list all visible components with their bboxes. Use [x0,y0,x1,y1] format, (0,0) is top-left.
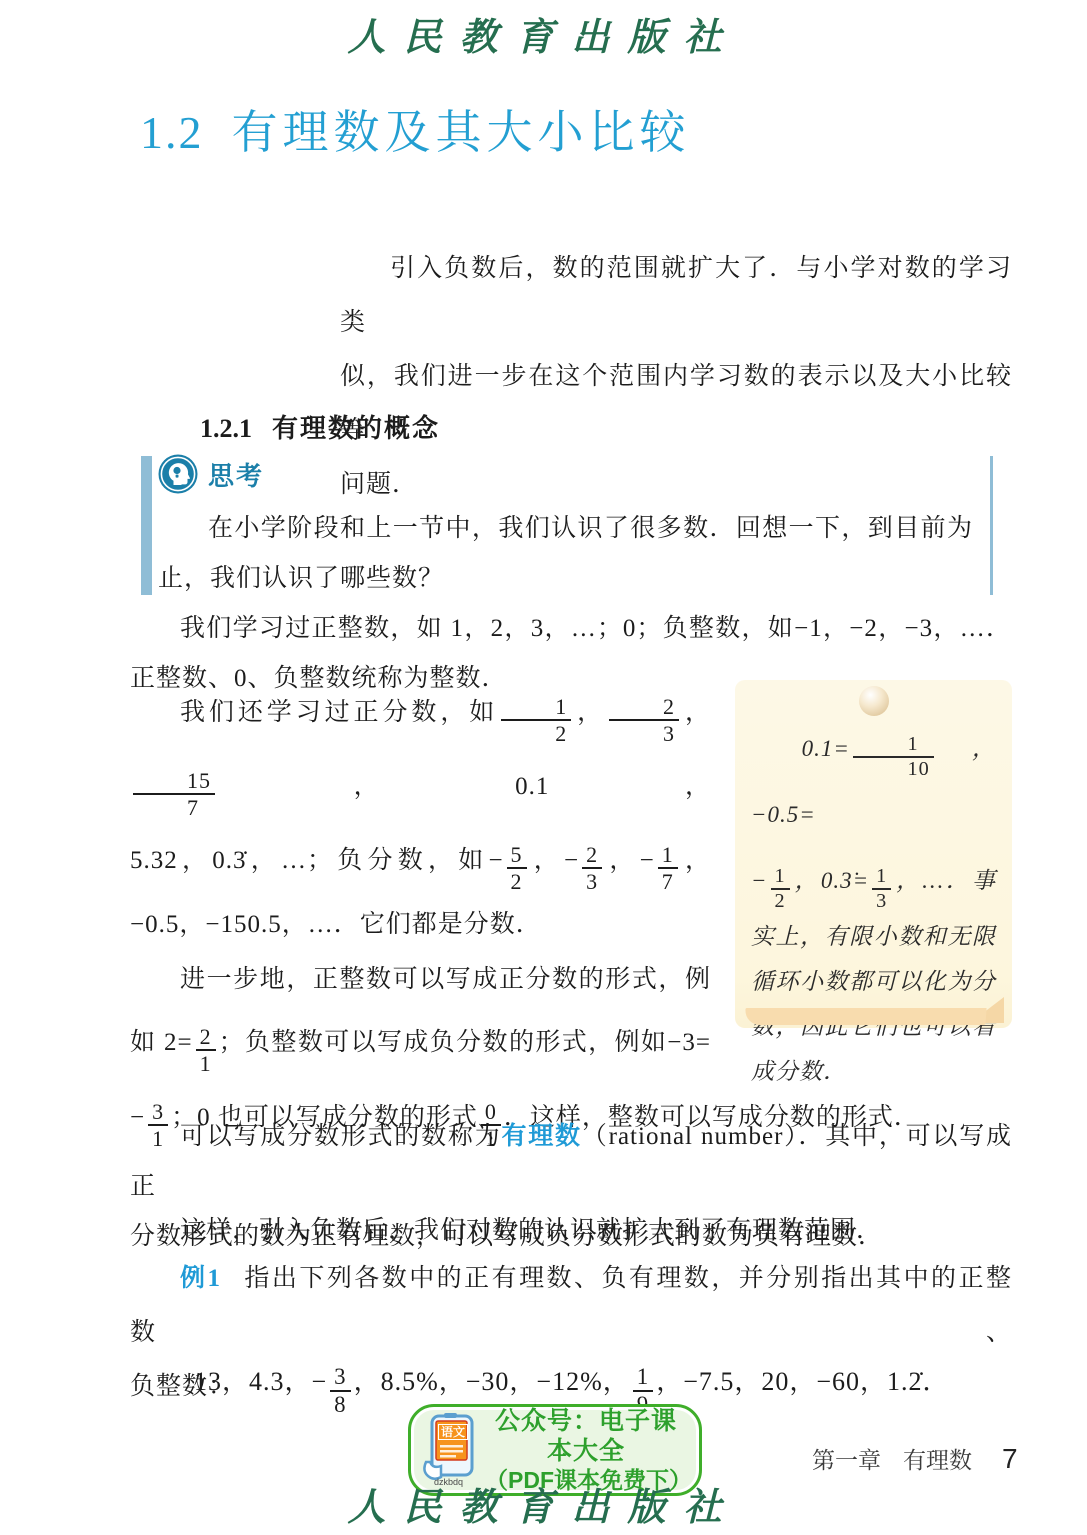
text-line: 这样，引入负数后，我们对数的认识就扩大到了有理数范围． [130,1208,1012,1254]
note-bottom-fold [744,1008,986,1025]
fraction: 52 [507,843,527,893]
think-box-left-bar [141,456,152,595]
body-text: ，0.1， [218,773,711,800]
fraction: 12 [501,695,571,745]
text-line: 似，我们进一步在这个范围内学习数的表示以及大小比较等 [340,350,1012,458]
chapter-label: 第一章 [812,1442,881,1475]
margin-note: 0.1=110，−0.5= −12，0.3̇=13，…．事 实上，有限小数和无限… [735,680,1012,1028]
body-text: 如 2= [130,1029,193,1056]
note-line: −12，0.3̇=13，…．事 [751,848,996,914]
text-line: 引入负数后，数的范围就扩大了．与小学对数的学习类 [340,242,1012,350]
fraction: 23 [609,695,679,745]
text-line: 在小学阶段和上一节中，我们认识了很多数．回想一下，到目前为 [158,504,973,554]
publisher-logo-bottom: 人民教育出版社 [0,1476,1087,1531]
page-number: 7 [1002,1443,1018,1475]
text-line: 我们学习过正整数，如 1，2，3，…；0；负整数，如−1，−2，−3，…． [130,604,1012,654]
page-footer: 第一章 有理数 7 [812,1442,1018,1475]
note-text: − [751,868,768,893]
math-text: 13，4.3，− [194,1367,327,1396]
body-text: 我们还学习过正分数，如 [180,699,498,726]
fraction: 23 [582,843,602,893]
note-line: 成分数． [751,1049,996,1094]
fractions-flow-region: 0.1=110，−0.5= −12，0.3̇=13，…．事 实上，有限小数和无限… [130,676,1012,1158]
body-text: ，− [605,847,655,874]
body-text: ， [682,699,711,726]
text-line: 止，我们认识了哪些数？ [158,554,973,604]
fraction: 157 [133,769,215,819]
thus-paragraph: 这样，引入负数后，我们对数的认识就扩大到了有理数范围． [130,1208,1012,1254]
body-text: 可以写成分数形式的数称为 [180,1123,501,1150]
subsection-heading: 1.2.1有理数的概念 [200,408,440,445]
body-text: ，− [530,847,580,874]
body-text: ， [681,847,711,874]
example-label: 例1 [180,1265,221,1292]
section-title: 1.2有理数及其大小比较 [140,96,691,162]
fraction: 110 [853,734,934,780]
note-text: ，0.3̇= [793,868,869,893]
fraction: 17 [658,843,678,893]
body-text: ；负整数可以写成负分数的形式，例如−3= [219,1029,711,1056]
note-line: 循环小数都可以化为分 [751,959,996,1004]
section-title-text: 有理数及其大小比较 [232,107,691,158]
body-text: 5.32，0.3̇，…；负分数，如− [130,847,504,874]
body-text: 指出下列各数中的正有理数、负有理数，并分别指出其中的正整数、 [130,1265,1012,1346]
math-text: ，−7.5，20，−60，1.2̇． [656,1367,949,1396]
head-lightbulb-icon [158,454,198,494]
think-box: 思考 在小学阶段和上一节中，我们认识了很多数．回想一下，到目前为 止，我们认识了… [141,452,993,595]
textbook-page: 人民教育出版社 1.2有理数及其大小比较 引入负数后，数的范围就扩大了．与小学对… [0,0,1087,1535]
body-text: ， [574,699,606,726]
term-rational-number: 有理数 [501,1123,581,1150]
publisher-logo-top: 人民教育出版社 [0,6,1087,61]
think-box-right-bar [990,456,993,595]
fraction: 13 [872,866,891,912]
note-line: 0.1=110，−0.5= [751,716,996,848]
fraction: 38 [330,1365,350,1417]
chapter-title: 有理数 [903,1442,972,1475]
subsection-number: 1.2.1 [200,414,252,443]
badge-line-1: 公众号：电子课本大全 [485,1406,687,1466]
think-body: 在小学阶段和上一节中，我们认识了很多数．回想一下，到目前为 止，我们认识了哪些数… [158,504,973,604]
text-line: 可以写成分数形式的数称为有理数（rational number）．其中，可以写成… [130,1112,1012,1212]
fraction: 12 [771,866,790,912]
think-box-header: 思考 [158,454,264,494]
note-line: 实上，有限小数和无限 [751,914,996,959]
subsection-title-text: 有理数的概念 [272,413,440,443]
note-text: ，…．事 [894,868,996,893]
math-text: ，8.5%，−30，−12%， [354,1367,630,1396]
think-label: 思考 [208,456,264,493]
pushpin-pearl-icon [859,686,889,716]
book-subject-label: 语文 [438,1424,468,1440]
fraction: 21 [196,1025,216,1075]
note-text: 0.1= [802,736,850,761]
section-number: 1.2 [140,107,204,158]
